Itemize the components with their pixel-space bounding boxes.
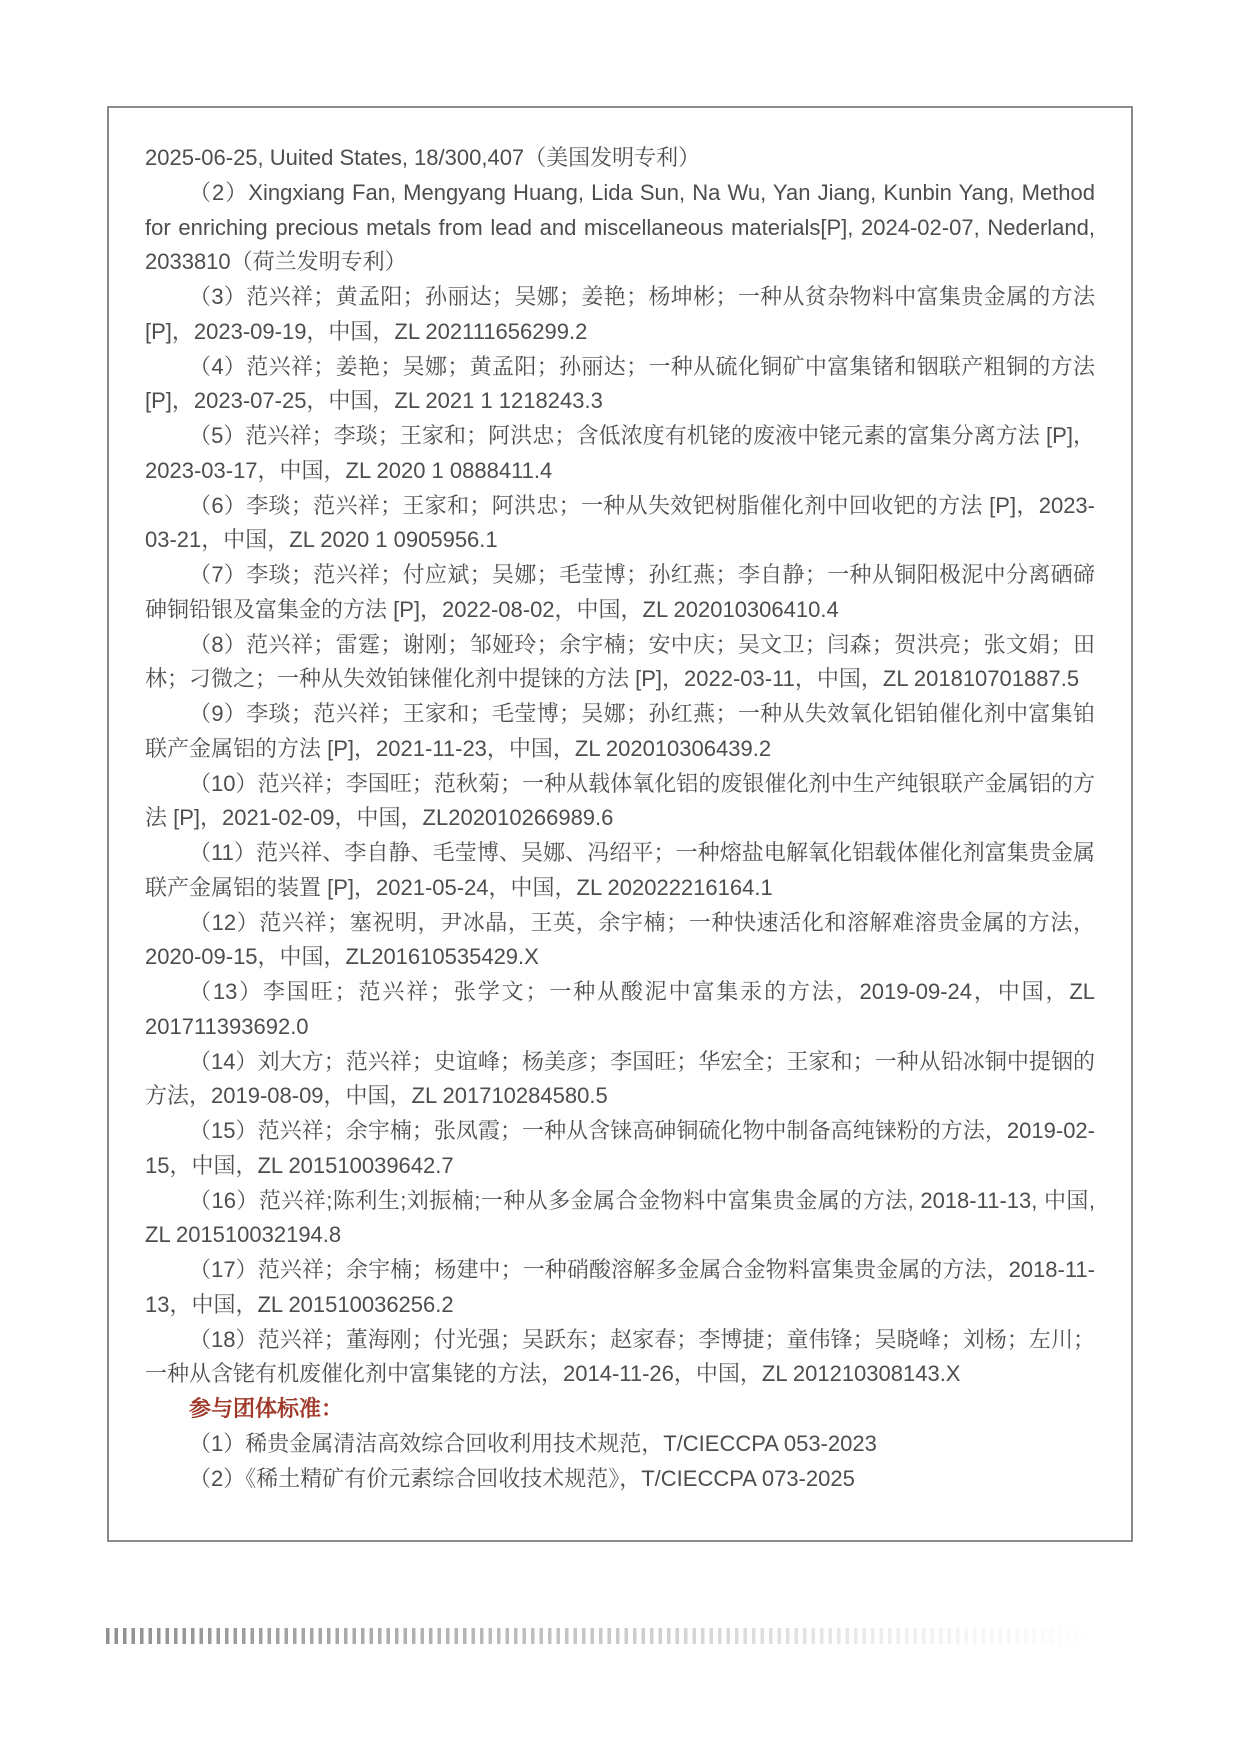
barcode-strip-icon	[106, 1628, 1128, 1644]
patent-entry: （13）李国旺；范兴祥；张学文；一种从酸泥中富集汞的方法，2019-09-24，…	[145, 975, 1095, 1045]
standard-entry: （2）《稀土精矿有价元素综合回收技术规范》，T/CIECCPA 073-2025	[145, 1462, 1095, 1497]
patent-entry: （9）李琰；范兴祥；王家和；毛莹博；吴娜；孙红燕；一种从失效氧化铝铂催化剂中富集…	[145, 697, 1095, 767]
patent-entry: （6）李琰；范兴祥；王家和；阿洪忠；一种从失效钯树脂催化剂中回收钯的方法 [P]…	[145, 489, 1095, 559]
patent-entry: （17）范兴祥；余宇楠；杨建中；一种硝酸溶解多金属合金物料富集贵金属的方法，20…	[145, 1253, 1095, 1323]
patent-entry: （10）范兴祥；李国旺；范秋菊；一种从载体氧化铝的废银催化剂中生产纯银联产金属铝…	[145, 767, 1095, 837]
patent-entry: （18）范兴祥；董海刚；付光强；吴跃东；赵家春；李博捷；童伟锋；吴晓峰；刘杨；左…	[145, 1323, 1095, 1393]
patent-entry: （12）范兴祥；塞祝明，尹冰晶，王英，余宇楠；一种快速活化和溶解难溶贵金属的方法…	[145, 906, 1095, 976]
patent-entry: （2）Xingxiang Fan, Mengyang Huang, Lida S…	[145, 176, 1095, 280]
patent-entry: （11）范兴祥、李自静、毛莹博、吴娜、冯绍平；一种熔盐电解氧化铝载体催化剂富集贵…	[145, 836, 1095, 906]
patent-entry: （5）范兴祥；李琰；王家和；阿洪忠；含低浓度有机铑的废液中铑元素的富集分离方法 …	[145, 419, 1095, 489]
patent-entry: （14）刘大方；范兴祥；史谊峰；杨美彦；李国旺；华宏全；王家和；一种从铅冰铜中提…	[145, 1045, 1095, 1115]
patent-entry: （7）李琰；范兴祥；付应斌；吴娜；毛莹博；孙红燕；李自静；一种从铜阳极泥中分离硒…	[145, 558, 1095, 628]
document-page: 2025-06-25, Uuited States, 18/300,407（美国…	[0, 0, 1240, 1754]
patent-entry: （8）范兴祥；雷霆；谢刚；邹娅玲；余宇楠；安中庆；吴文卫；闫森；贺洪亮；张文娟；…	[145, 628, 1095, 698]
patent-entry: （3）范兴祥；黄孟阳；孙丽达；吴娜；姜艳；杨坤彬；一种从贫杂物料中富集贵金属的方…	[145, 280, 1095, 350]
document-border-box: 2025-06-25, Uuited States, 18/300,407（美国…	[107, 106, 1133, 1542]
patent-entry: （15）范兴祥；余宇楠；张凤霞；一种从含铼高砷铜硫化物中制备高纯铼粉的方法，20…	[145, 1114, 1095, 1184]
standard-entry: （1）稀贵金属清洁高效综合回收利用技术规范，T/CIECCPA 053-2023	[145, 1427, 1095, 1462]
patent-entry: （16）范兴祥;陈利生;刘振楠;一种从多金属合金物料中富集贵金属的方法, 201…	[145, 1184, 1095, 1254]
standards-heading: 参与团体标准：	[145, 1392, 1095, 1427]
patent-entry: （4）范兴祥；姜艳；吴娜；黄孟阳；孙丽达；一种从硫化铜矿中富集锗和铟联产粗铜的方…	[145, 350, 1095, 420]
patent-entry-continuation: 2025-06-25, Uuited States, 18/300,407（美国…	[145, 141, 1095, 176]
